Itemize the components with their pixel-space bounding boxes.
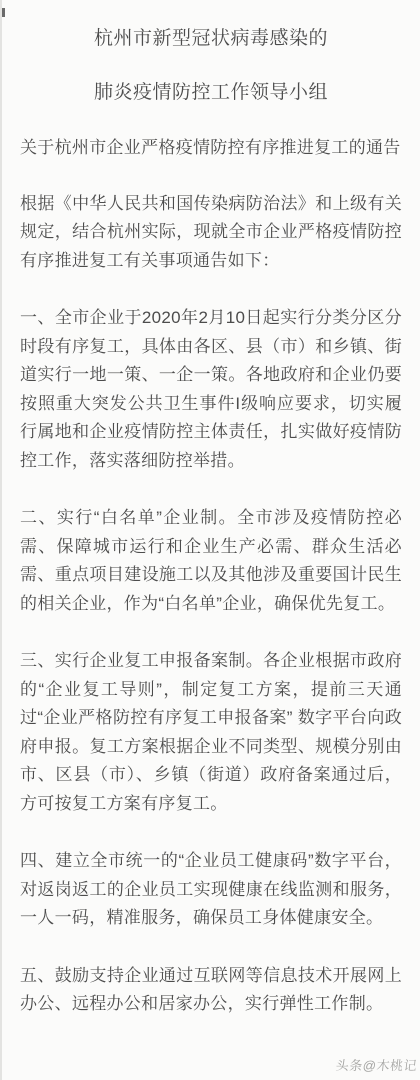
doc-title-line-2: 肺炎疫情防控工作领导小组 xyxy=(20,80,402,106)
doc-title-line-1: 杭州市新型冠状病毒感染的 xyxy=(20,26,402,52)
toutiao-watermark: 头条@木桃记 xyxy=(335,1055,418,1074)
notice-item-4: 四、建立全市统一的“企业员工健康码”数字平台，对返岗返工的企业员工实现健康在线监… xyxy=(20,847,402,933)
doc-subject-line: 关于杭州市企业严格疫情防控有序推进复工的通告 xyxy=(20,134,402,163)
notice-item-5: 五、鼓励支持企业通过互联网等信息技术开展网上办公、远程办公和居家办公，实行弹性工… xyxy=(20,962,402,1019)
notice-item-2: 二、实行“白名单”企业制。全市涉及疫情防控必需、保障城市运行和企业生产必需、群众… xyxy=(20,504,402,618)
document-page: 杭州市新型冠状病毒感染的 肺炎疫情防控工作领导小组 关于杭州市企业严格疫情防控有… xyxy=(0,0,420,1080)
notice-item-1: 一、全市企业于2020年2月10日起实行分类分区分时段有序复工，具体由各区、县（… xyxy=(20,304,402,475)
intro-paragraph: 根据《中华人民共和国传染病防治法》和上级有关规定，结合杭州实际，现就全市企业严格… xyxy=(20,190,402,276)
photo-edge-artifact xyxy=(2,8,5,17)
notice-item-3: 三、实行企业复工申报备案制。各企业根据市政府的“企业复工导则”，制定复工方案，提… xyxy=(20,647,402,818)
